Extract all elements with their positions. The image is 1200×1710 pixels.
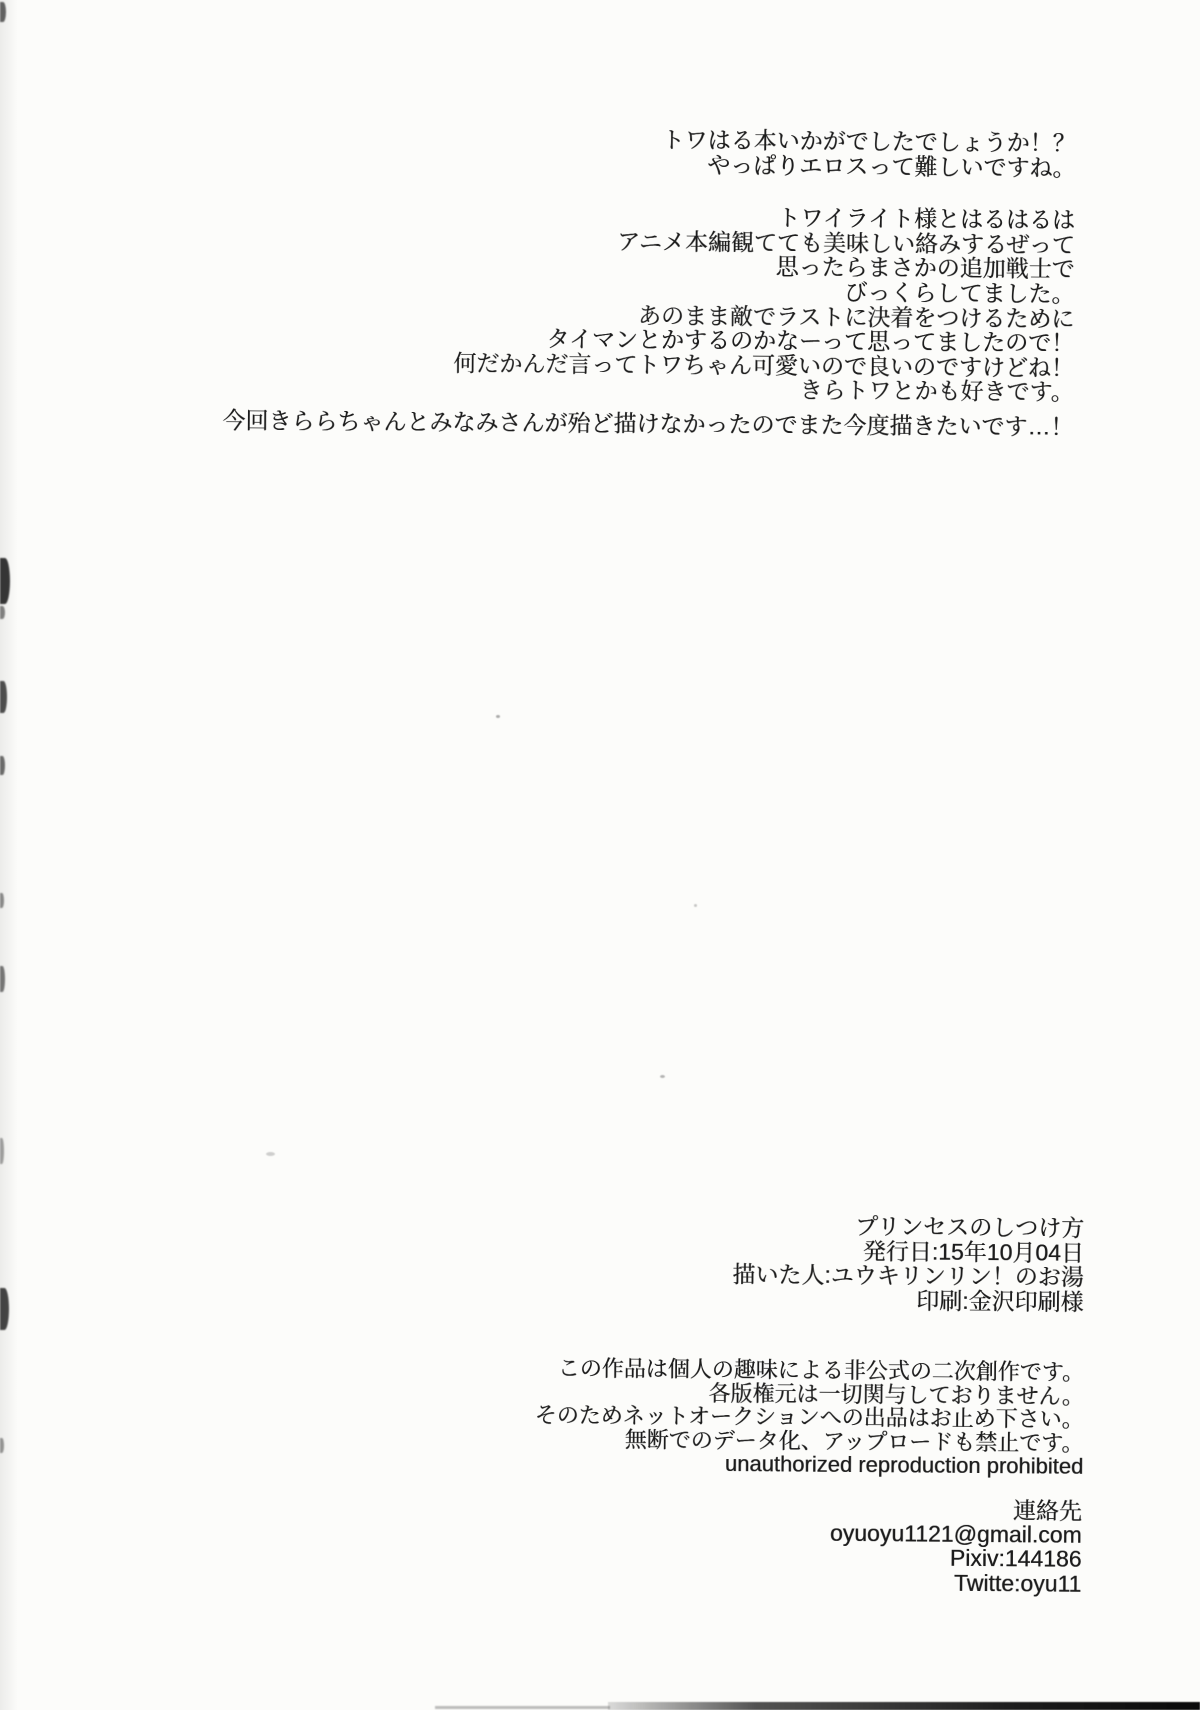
scan-speck bbox=[266, 1152, 275, 1156]
disclaimer-line-english: unauthorized reproduction prohibited bbox=[534, 1451, 1083, 1479]
scan-smudge bbox=[0, 756, 5, 775]
scan-smudge bbox=[0, 681, 7, 713]
scan-smudge bbox=[0, 558, 10, 604]
scan-smudge bbox=[0, 966, 5, 992]
scan-smudge bbox=[0, 606, 5, 619]
scan-smudge bbox=[0, 2, 6, 22]
colophon-block: プリンセスのしつけ方 発行日:15年10月04日 描いた人:ユウキリンリン！のお… bbox=[732, 1213, 1084, 1314]
contact-twitter: Twitte:oyu11 bbox=[829, 1569, 1081, 1595]
afterword-block: トワはる本いかがでしたでしょうか！？ やっぱりエロスって難しいですね。 トワイラ… bbox=[222, 124, 1075, 439]
book-title: プリンセスのしつけ方 bbox=[733, 1213, 1085, 1240]
disclaimer-line: そのためネットオークションへの出品はお止め下さい。 bbox=[535, 1404, 1084, 1432]
scan-speck bbox=[660, 1075, 665, 1078]
afterword-paragraph-2: トワイライト様とはるはるは アニメ本編観てても美味しい絡みするぜって 思ったらま… bbox=[223, 201, 1076, 404]
afterword-line: 今回きららちゃんとみなみさんが殆ど描けなかったのでまた今度描きたいです…！ bbox=[222, 408, 1073, 439]
disclaimer-block: この作品は個人の趣味による非公式の二次創作です。 各版権元は一切関与しておりませ… bbox=[534, 1357, 1084, 1479]
afterword-line: きらトワとかも好きです。 bbox=[223, 373, 1074, 404]
disclaimer-line: この作品は個人の趣味による非公式の二次創作です。 bbox=[535, 1357, 1084, 1385]
afterword-paragraph-3: 今回きららちゃんとみなみさんが殆ど描けなかったのでまた今度描きたいです…！ bbox=[222, 408, 1073, 439]
afterword-paragraph-1: トワはる本いかがでしたでしょうか！？ やっぱりエロスって難しいですね。 bbox=[224, 124, 1075, 180]
scan-speck bbox=[496, 715, 500, 718]
artist-credit: 描いた人:ユウキリンリン！のお湯 bbox=[732, 1262, 1084, 1289]
scan-speck bbox=[694, 904, 697, 907]
afterword-line: やっぱりエロスって難しいですね。 bbox=[224, 149, 1075, 180]
scan-smudge bbox=[0, 893, 4, 908]
contact-pixiv: Pixiv:144186 bbox=[830, 1545, 1082, 1571]
scanned-doujinshi-page: トワはる本いかがでしたでしょうか！？ やっぱりエロスって難しいですね。 トワイラ… bbox=[0, 0, 1200, 1710]
contact-block: 連絡先 oyuoyu1121@gmail.com Pixiv:144186 Tw… bbox=[829, 1497, 1082, 1596]
contact-heading: 連絡先 bbox=[830, 1497, 1082, 1523]
scan-smudge bbox=[0, 1138, 4, 1164]
contact-email: oyuoyu1121@gmail.com bbox=[830, 1521, 1082, 1547]
scan-smudge bbox=[0, 1288, 9, 1330]
printer-credit: 印刷:金沢印刷様 bbox=[732, 1287, 1084, 1314]
scan-edge-bar bbox=[608, 1702, 1200, 1710]
page-content: トワはる本いかがでしたでしょうか！？ やっぱりエロスって難しいですね。 トワイラ… bbox=[0, 0, 1200, 1710]
scan-edge-line bbox=[435, 1706, 610, 1709]
scan-smudge bbox=[0, 1438, 4, 1453]
